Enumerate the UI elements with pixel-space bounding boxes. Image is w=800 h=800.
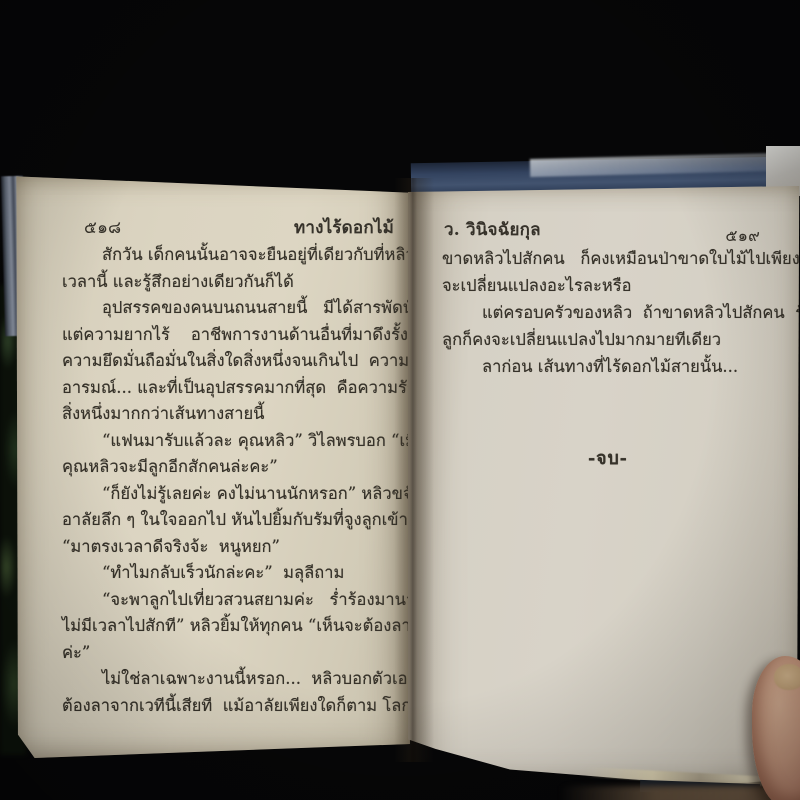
right-page: ว. วินิจฉัยกุล ๕๑๙ ขาดหลิวไปสักคน ก็คงเห… <box>408 186 800 790</box>
end-of-story-marker: -จบ- <box>442 444 774 472</box>
left-page: ๕๑๘ ทางไร้ดอกไม้ สักวัน เด็กคนนั้นอาจจะย… <box>14 174 410 758</box>
text-line: สิ่งหนึ่งมากกว่าเส้นทางสายนี้ <box>62 401 398 428</box>
text-line: ค่ะ” <box>62 640 398 667</box>
text-line: “ทำไมกลับเร็วนักล่ะคะ” มลุลีถาม <box>62 560 398 587</box>
author-name: ว. วินิจฉัยกุล <box>444 216 541 243</box>
text-line: “แฟนมารับแล้วละ คุณหลิว” วิไลพรบอก “เมื่… <box>62 428 398 455</box>
text-line: “จะพาลูกไปเที่ยวสวนสยามค่ะ ร่ำร้องมานานแ… <box>62 587 398 614</box>
text-line: ไม่มีเวลาไปสักที” หลิวยิ้มให้ทุกคน “เห็น… <box>62 613 398 640</box>
text-line: “ก็ยังไม่รู้เลยค่ะ คงไม่นานนักหรอก” หลิว… <box>62 481 398 508</box>
right-page-text: ขาดหลิวไปสักคน ก็คงเหมือนป่าขาดใบไม้ไปเพ… <box>442 245 774 380</box>
text-line: อาลัยลึก ๆ ในใจออกไป หันไปยิ้มกับรัมที่จ… <box>62 507 398 534</box>
running-title: ทางไร้ดอกไม้ <box>294 214 394 241</box>
text-line: จะเปลี่ยนแปลงอะไรละหรือ <box>442 272 774 299</box>
left-page-number: ๕๑๘ <box>84 214 121 241</box>
text-line: “มาตรงเวลาดีจริงจ้ะ หนูหยก” <box>62 534 398 561</box>
text-line: แต่ความยากไร้ อาชีพการงานด้านอื่นที่มาดึ… <box>62 322 398 349</box>
text-line: ขาดหลิวไปสักคน ก็คงเหมือนป่าขาดใบไม้ไปเพ… <box>442 245 774 272</box>
left-page-header: ๕๑๘ ทางไร้ดอกไม้ <box>84 214 394 241</box>
text-line: ลาก่อน เส้นทางที่ไร้ดอกไม้สายนั้น... <box>442 353 774 380</box>
left-page-text: สักวัน เด็กคนนั้นอาจจะยืนอยู่ที่เดียวกับ… <box>62 242 398 719</box>
text-line: สักวัน เด็กคนนั้นอาจจะยืนอยู่ที่เดียวกับ… <box>62 242 398 269</box>
text-line: ไม่ใช่ลาเฉพาะงานนี้หรอก... หลิวบอกตัวเอง… <box>62 666 398 693</box>
text-line: อุปสรรคของคนบนถนนสายนี้ มีได้สารพัดนับตั… <box>62 295 398 322</box>
thumb-nail <box>774 664 800 690</box>
text-line: อารมณ์... และที่เป็นอุปสรรคมากที่สุด คือ… <box>62 375 398 402</box>
text-line: คุณหลิวจะมีลูกอีกสักคนล่ะคะ” <box>62 454 398 481</box>
text-line: แต่ครอบครัวของหลิว ถ้าขาดหลิวไปสักคน รัม… <box>442 299 774 326</box>
text-line: ความยึดมั่นถือมั่นในสิ่งใดสิ่งหนึ่งจนเกิ… <box>62 348 398 375</box>
text-line: ลูกก็คงจะเปลี่ยนแปลงไปมากมายทีเดียว <box>442 326 774 353</box>
text-line: เวลานี้ และรู้สึกอย่างเดียวกันก็ได้ <box>62 269 398 296</box>
book-photo: ๕๑๘ ทางไร้ดอกไม้ สักวัน เด็กคนนั้นอาจจะย… <box>0 0 800 800</box>
text-line: ต้องลาจากเวทีนี้เสียที แม้อาลัยเพียงใดก็… <box>62 693 398 720</box>
